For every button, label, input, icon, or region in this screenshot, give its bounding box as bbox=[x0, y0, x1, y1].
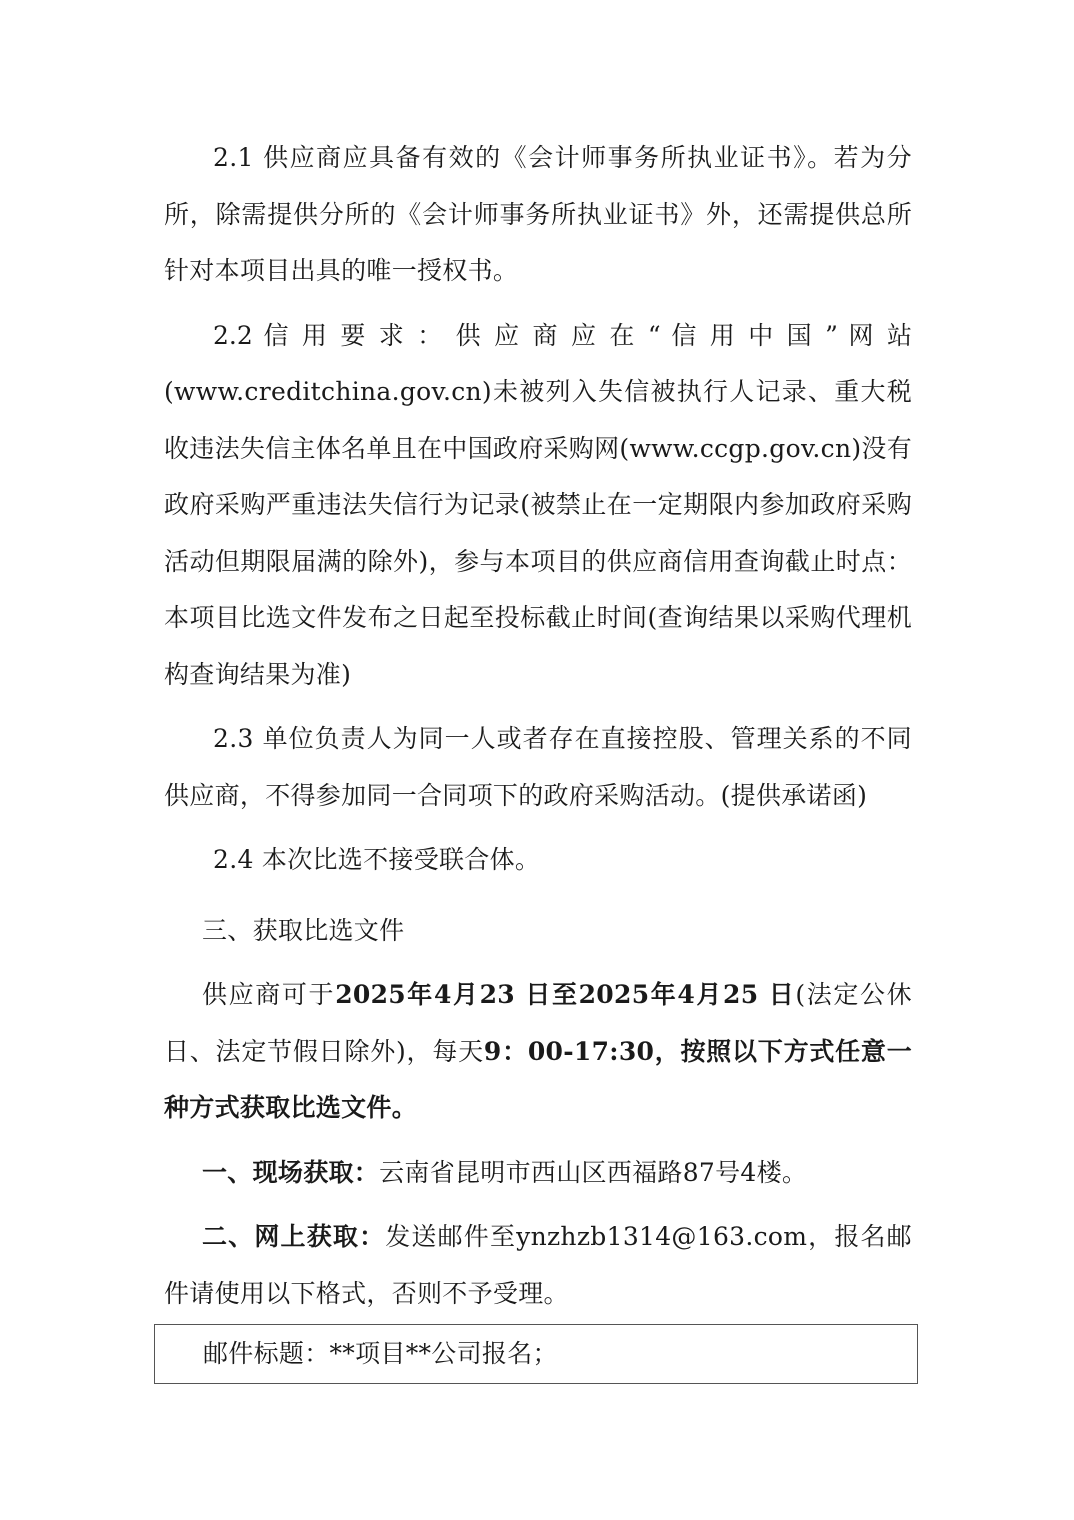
document-page: 2.1 供应商应具备有效的《会计师事务所执业证书》。若为分所，除需提供分所的《会… bbox=[164, 130, 912, 1322]
clause-2-4: 2.4 本次比选不接受联合体。 bbox=[164, 832, 912, 889]
method-online-text-1: 发送邮件至 bbox=[385, 1222, 516, 1251]
section-3-heading: 三、获取比选文件 bbox=[164, 903, 912, 960]
method-onsite-label: 一、现场获取： bbox=[202, 1158, 379, 1187]
clause-2-2-body: (www.creditchina.gov.cn)未被列入失信被执行人记录、重大税… bbox=[164, 364, 912, 703]
method-onsite: 一、现场获取：云南省昆明市西山区西福路87号4楼。 bbox=[164, 1145, 912, 1202]
intro-text-1: 供应商可于 bbox=[202, 980, 335, 1009]
email-format-box: 邮件标题：**项目**公司报名； bbox=[154, 1324, 918, 1384]
clause-2-2-first-line: 2.2 信 用 要 求 ： 供 应 商 应 在 “ 信 用 中 国 ” 网 站 bbox=[164, 308, 912, 365]
contact-email[interactable]: ynzhzb1314@163.com bbox=[516, 1222, 807, 1251]
method-online-label: 二、网上获取： bbox=[202, 1222, 385, 1251]
date-range: 2025年4月23 日至2025年4月25 日 bbox=[335, 980, 795, 1009]
email-subject-format: 邮件标题：**项目**公司报名； bbox=[203, 1326, 558, 1382]
clause-2-1: 2.1 供应商应具备有效的《会计师事务所执业证书》。若为分所，除需提供分所的《会… bbox=[164, 130, 912, 300]
section-3-intro: 供应商可于2025年4月23 日至2025年4月25 日(法定公休日、法定节假日… bbox=[164, 967, 912, 1137]
method-online: 二、网上获取：发送邮件至ynzhzb1314@163.com，报名邮件请使用以下… bbox=[164, 1209, 912, 1322]
method-onsite-address: 云南省昆明市西山区西福路87号4楼。 bbox=[379, 1158, 807, 1187]
clause-2-3: 2.3 单位负责人为同一人或者存在直接控股、管理关系的不同供应商，不得参加同一合… bbox=[164, 711, 912, 824]
